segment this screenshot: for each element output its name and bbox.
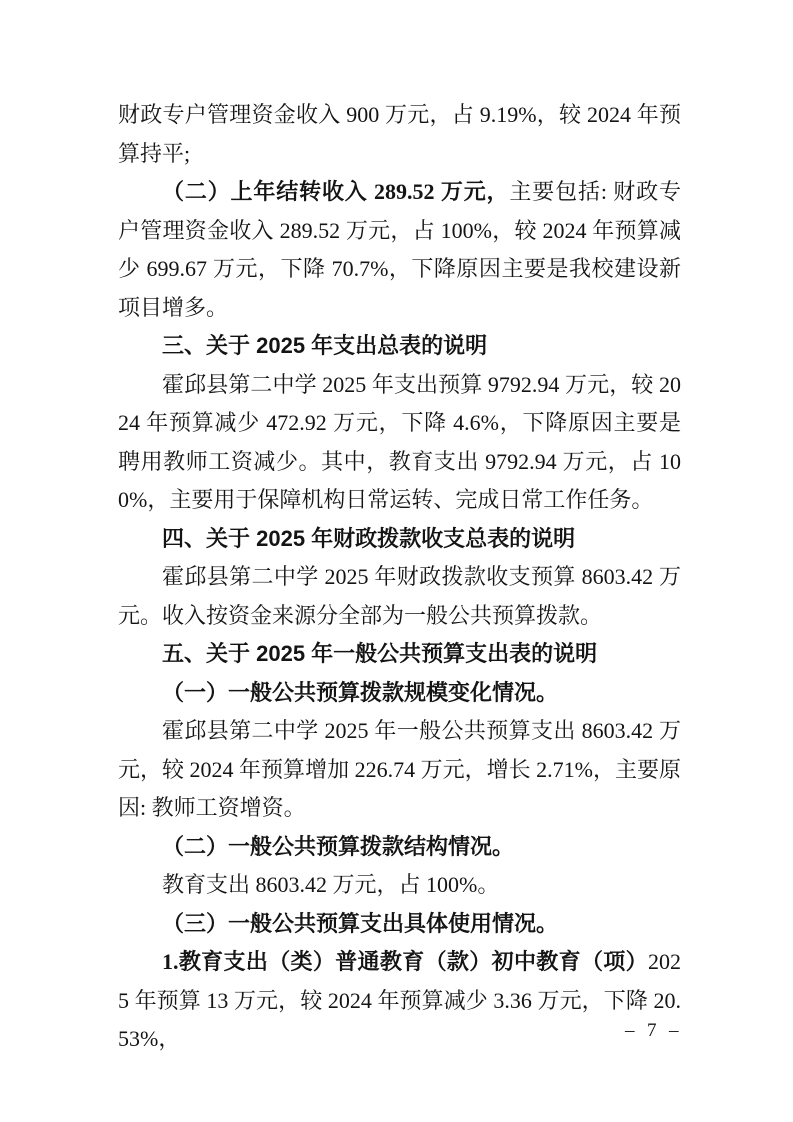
text-run: 五、关于 2025 年一般公共预算支出表的说明 (162, 641, 597, 666)
text-run: 三、关于 2025 年支出总表的说明 (162, 333, 487, 358)
heading: 五、关于 2025 年一般公共预算支出表的说明 (118, 635, 681, 674)
subheading: （三）一般公共预算支出具体使用情况。 (118, 905, 681, 944)
text-run: （二）一般公共预算拨款结构情况。 (162, 834, 514, 859)
text-run: 1.教育支出（类）普通教育（款）初中教育（项） (162, 949, 648, 974)
text-run: 四、关于 2025 年财政拨款收支总表的说明 (162, 526, 575, 551)
text-run: 霍邱县第二中学 2025 年一般公共预算支出 8603.42 万元，较 2024… (118, 718, 681, 820)
page-footer: – 7 – (0, 1016, 793, 1046)
paragraph: （二）上年结转收入 289.52 万元，主要包括: 财政专户管理资金收入 289… (118, 173, 681, 327)
text-run: （二）上年结转收入 289.52 万元， (162, 179, 509, 204)
subheading: （一）一般公共预算拨款规模变化情况。 (118, 674, 681, 713)
text-run: （三）一般公共预算支出具体使用情况。 (162, 911, 558, 936)
paragraph: 财政专户管理资金收入 900 万元，占 9.19%，较 2024 年预算持平; (118, 96, 681, 173)
document-page: 财政专户管理资金收入 900 万元，占 9.19%，较 2024 年预算持平;（… (0, 0, 793, 1122)
heading: 四、关于 2025 年财政拨款收支总表的说明 (118, 520, 681, 559)
heading: 三、关于 2025 年支出总表的说明 (118, 327, 681, 366)
subheading: （二）一般公共预算拨款结构情况。 (118, 828, 681, 867)
paragraph: 霍邱县第二中学 2025 年财政拨款收支预算 8603.42 万元。收入按资金来… (118, 558, 681, 635)
paragraph: 霍邱县第二中学 2025 年一般公共预算支出 8603.42 万元，较 2024… (118, 712, 681, 828)
text-run: （一）一般公共预算拨款规模变化情况。 (162, 680, 558, 705)
paragraph: 霍邱县第二中学 2025 年支出预算 9792.94 万元，较 2024 年预算… (118, 366, 681, 520)
paragraph: 教育支出 8603.42 万元，占 100%。 (118, 866, 681, 905)
page-number: – 7 – (625, 1016, 680, 1046)
document-body: 财政专户管理资金收入 900 万元，占 9.19%，较 2024 年预算持平;（… (118, 96, 681, 1059)
text-run: 霍邱县第二中学 2025 年财政拨款收支预算 8603.42 万元。收入按资金来… (118, 564, 681, 628)
text-run: 教育支出 8603.42 万元，占 100%。 (162, 872, 499, 897)
text-run: 霍邱县第二中学 2025 年支出预算 9792.94 万元，较 2024 年预算… (118, 372, 681, 513)
text-run: 财政专户管理资金收入 900 万元，占 9.19%，较 2024 年预算持平; (118, 102, 681, 166)
